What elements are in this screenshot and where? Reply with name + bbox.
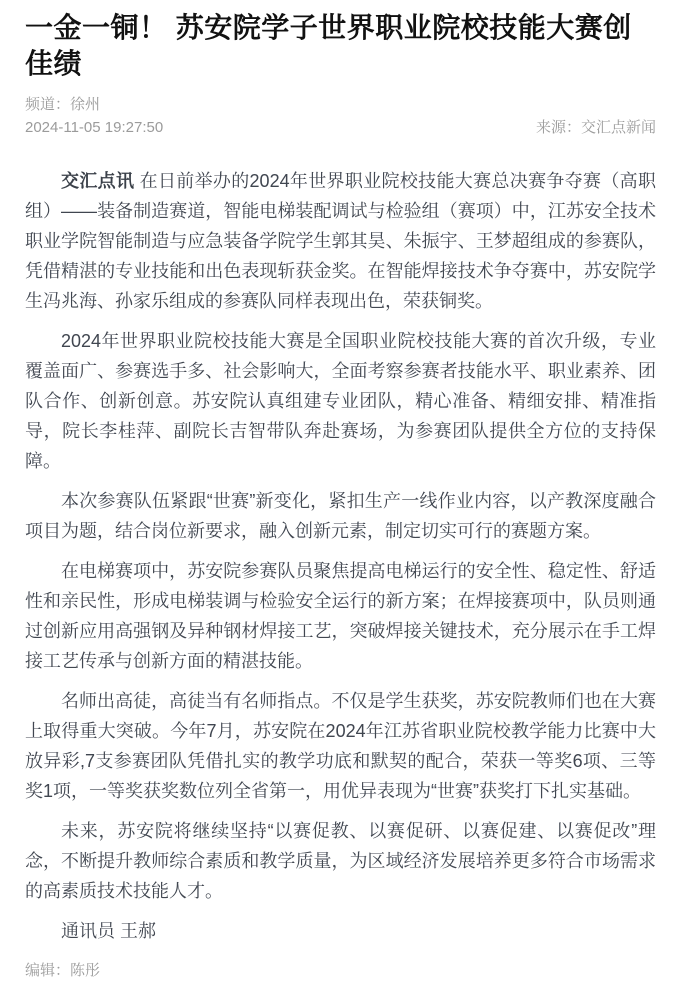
lead-prefix: 交汇点讯 — [61, 171, 134, 191]
article-meta: 频道：徐州 2024-11-05 19:27:50 来源：交汇点新闻 — [25, 94, 656, 138]
channel-label: 频道：徐州 — [25, 94, 656, 115]
paragraph-lead: 交汇点讯 在日前举办的2024年世界职业院校技能大赛总决赛争夺赛（高职组）——装… — [25, 166, 656, 316]
correspondent-line: 通讯员 王郝 — [25, 916, 656, 946]
editor-label: 编辑：陈彤 — [25, 960, 656, 981]
paragraph: 未来，苏安院将继续坚持“以赛促教、以赛促研、以赛促建、以赛促改”理念，不断提升教… — [25, 816, 656, 906]
paragraph: 2024年世界职业院校技能大赛是全国职业院校技能大赛的首次升级，专业覆盖面广、参… — [25, 326, 656, 476]
article-body: 交汇点讯 在日前举办的2024年世界职业院校技能大赛总决赛争夺赛（高职组）——装… — [25, 166, 656, 946]
source-label: 来源：交汇点新闻 — [536, 117, 656, 138]
page-title: 一金一铜！ 苏安院学子世界职业院校技能大赛创佳绩 — [25, 10, 656, 82]
article-page: 一金一铜！ 苏安院学子世界职业院校技能大赛创佳绩 频道：徐州 2024-11-0… — [0, 0, 681, 999]
paragraph: 在电梯赛项中，苏安院参赛队员聚焦提高电梯运行的安全性、稳定性、舒适性和亲民性，形… — [25, 556, 656, 676]
meta-row: 2024-11-05 19:27:50 来源：交汇点新闻 — [25, 117, 656, 138]
paragraph: 本次参赛队伍紧跟“世赛”新变化，紧扣生产一线作业内容，以产教深度融合项目为题，结… — [25, 486, 656, 546]
paragraph: 名师出高徒，高徒当有名师指点。不仅是学生获奖，苏安院教师们也在大赛上取得重大突破… — [25, 686, 656, 806]
lead-text: 在日前举办的2024年世界职业院校技能大赛总决赛争夺赛（高职组）——装备制造赛道… — [25, 171, 656, 311]
publish-datetime: 2024-11-05 19:27:50 — [25, 117, 163, 138]
